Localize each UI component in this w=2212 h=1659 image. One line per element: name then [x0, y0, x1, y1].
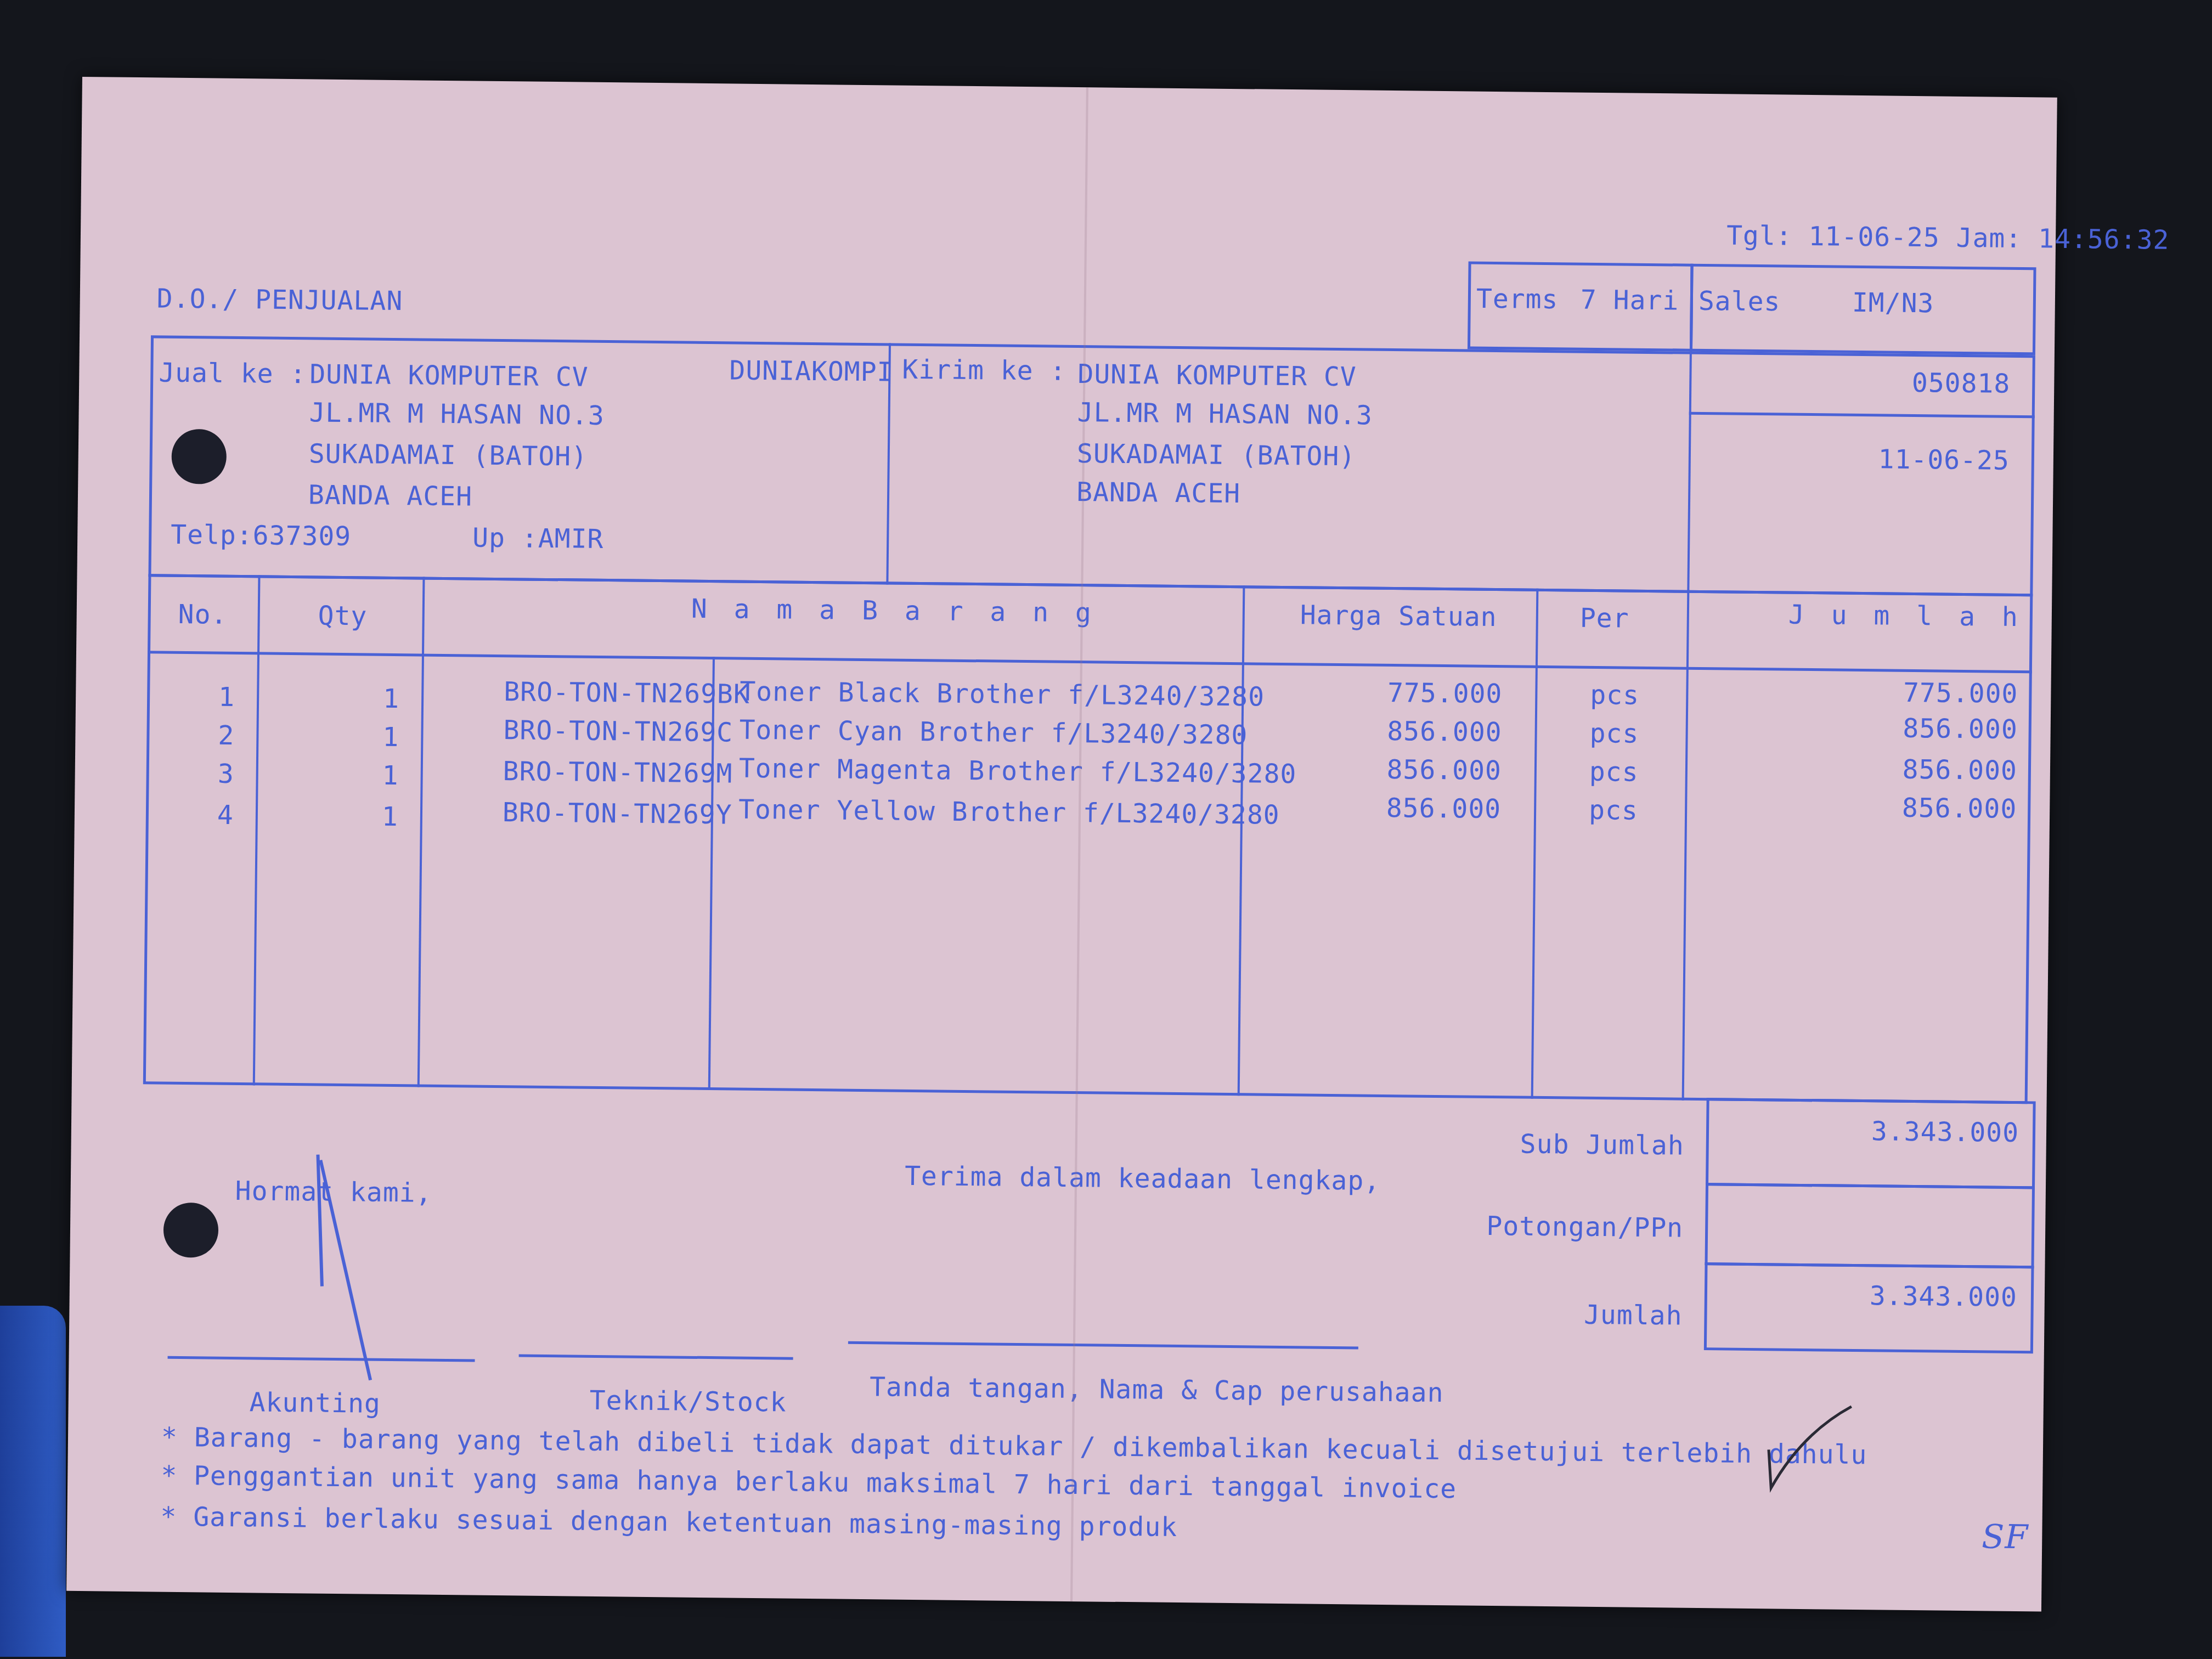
- sold-to-label: Jual ke :: [159, 357, 307, 390]
- sales-label: Sales: [1699, 286, 1781, 318]
- col-header-qty: Qty: [318, 601, 367, 632]
- total-label: Jumlah: [1441, 1298, 1683, 1331]
- note-2: * Penggantian unit yang sama hanya berla…: [161, 1460, 1457, 1505]
- subtotal-label: Sub Jumlah: [1442, 1128, 1684, 1161]
- initials: SF: [1982, 1517, 2028, 1556]
- total-value: 3.343.000: [1743, 1279, 2018, 1313]
- delivery-order-document: Tgl: 11-06-25 Jam: 14:56:32 D.O./ PENJUA…: [66, 77, 2057, 1612]
- ship-to-name: DUNIA KOMPUTER CV: [1077, 359, 1357, 392]
- doc-title: D.O./ PENJUALAN: [156, 283, 403, 317]
- date-time: Tgl: 11-06-25 Jam: 14:56:32: [1726, 220, 2170, 255]
- blue-object: [0, 1306, 66, 1657]
- discount-box: [1705, 1183, 2035, 1268]
- doc-date: 11-06-25: [1779, 443, 2010, 476]
- sig-customer-label: Tanda tangan, Nama & Cap perusahaan: [870, 1372, 1444, 1408]
- col-header-total: J u m l a h: [1788, 600, 2023, 633]
- table-row: 2 1 BRO-TON-TN269C Toner Cyan Brother f/…: [82, 77, 2057, 98]
- table-row: 1 1 BRO-TON-TN269BK Toner Black Brother …: [82, 77, 2057, 98]
- col-header-per: Per: [1580, 603, 1629, 634]
- col-header-no: No.: [178, 599, 227, 630]
- punch-hole: [163, 1203, 218, 1258]
- note-3: * Garansi berlaku sesuai dengan ketentua…: [160, 1502, 1177, 1543]
- sig-stock-label: Teknik/Stock: [589, 1385, 786, 1418]
- sold-to-name: DUNIA KOMPUTER CV: [309, 359, 589, 392]
- doc-number: 050818: [1780, 366, 2011, 399]
- sig-accounting-label: Akunting: [249, 1387, 381, 1419]
- col-header-unit-price: Harga Satuan: [1300, 600, 1497, 633]
- ship-to-address1: JL.MR M HASAN NO.3: [1077, 397, 1373, 431]
- terms-value: 7 Hari: [1581, 285, 1679, 317]
- ship-to-label: Kirim ke :: [902, 354, 1066, 387]
- sold-to-phone: Telp:637309: [171, 520, 351, 552]
- table-row: 4 1 BRO-TON-TN269Y Toner Yellow Brother …: [82, 77, 2057, 98]
- terms-label: Terms: [1476, 284, 1559, 315]
- discount-label: Potongan/PPn: [1442, 1210, 1684, 1244]
- ship-to-city: BANDA ACEH: [1076, 477, 1241, 509]
- sold-to-address1: JL.MR M HASAN NO.3: [309, 397, 605, 431]
- checkmark-icon: [1757, 1400, 1868, 1511]
- col-header-item-name: N a m a B a r a n g: [691, 594, 1097, 629]
- sales-value: IM/N3: [1852, 287, 1934, 319]
- ship-to-address2: SUKADAMAI (BATOH): [1077, 438, 1356, 472]
- sold-to-address2: SUKADAMAI (BATOH): [309, 438, 588, 472]
- subtotal-value: 3.343.000: [1745, 1115, 2019, 1148]
- handwritten-signature: [299, 1149, 411, 1391]
- sold-to-city: BANDA ACEH: [308, 479, 473, 512]
- received-text: Terima dalam keadaan lengkap,: [905, 1161, 1381, 1197]
- sold-to-attn: Up :AMIR: [472, 522, 604, 555]
- customer-code: DUNIAKOMPI: [729, 355, 894, 387]
- table-row: 3 1 BRO-TON-TN269M Toner Magenta Brother…: [82, 77, 2057, 98]
